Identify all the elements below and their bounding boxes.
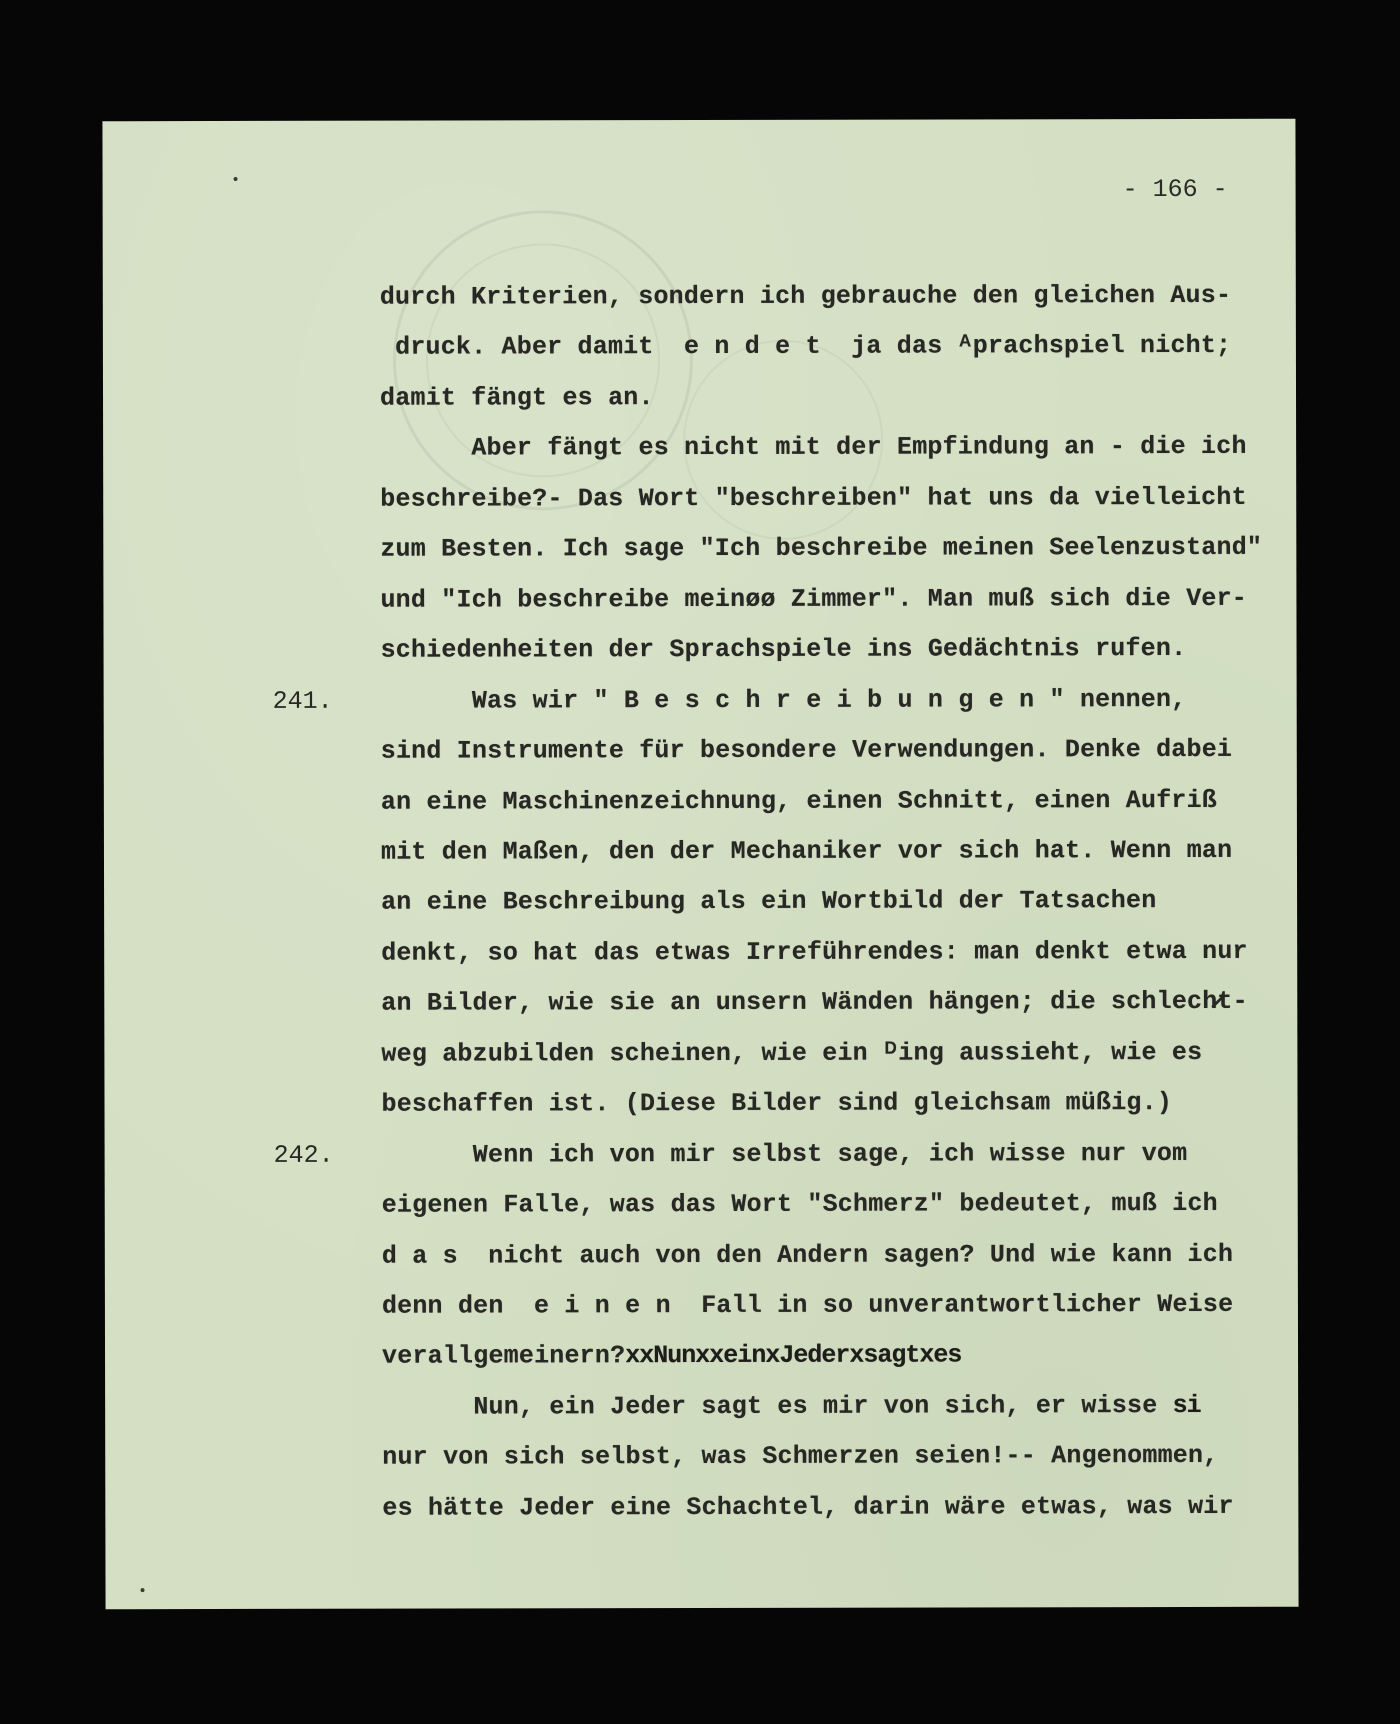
line-text: sind Instrumente für besondere Verwendun… [381, 735, 1232, 766]
text-line: es hätte Jeder eine Schachtel, darin wär… [382, 1482, 1233, 1534]
struck-out-text: si [1173, 1391, 1201, 1420]
line-text: zum Besten. Ich sage "Ich beschreibe mei… [380, 533, 1262, 564]
body-text: durch Kriterien, sondern ich gebrauche d… [102, 119, 1298, 1609]
text-line: denn den e i n e n Fall in so unverantwo… [382, 1280, 1233, 1332]
text-line: Nun, ein Jeder sagt es mir von sich, er … [473, 1381, 1200, 1433]
text-line: beschaffen ist. (Diese Bilder sind gleic… [381, 1078, 1172, 1130]
line-text: beschaffen ist. (Diese Bilder sind gleic… [381, 1088, 1172, 1119]
text-line: und "Ich beschreibe meinøø Zimmer". Man … [380, 574, 1247, 626]
line-text: weg abzubilden scheinen, wie ein ᴰing au… [381, 1038, 1202, 1069]
line-text: beschreibe?- Das Wort "beschreiben" hat … [380, 483, 1247, 514]
text-line: d a s nicht auch von den Andern sagen? U… [382, 1229, 1233, 1281]
line-text: Wenn ich von mir selbst sage, ich wisse … [473, 1139, 1188, 1169]
text-line: weg abzubilden scheinen, wie ein ᴰing au… [381, 1028, 1202, 1080]
paragraph-number: 241. [273, 676, 333, 726]
text-line: Was wir " B e s c h r e i b u n g e n " … [472, 675, 1187, 726]
line-text: an eine Maschinenzeichnung, einen Schnit… [381, 785, 1217, 816]
text-line: eigenen Falle, was das Wort "Schmerz" be… [382, 1179, 1218, 1231]
line-text: denkt, so hat das etwas Irreführendes: m… [381, 937, 1248, 968]
line-text: an eine Beschreibung als ein Wortbild de… [381, 886, 1156, 917]
line-text: schiedenheiten der Sprachspiele ins Gedä… [381, 634, 1187, 665]
text-line: denkt, so hat das etwas Irreführendes: m… [381, 927, 1248, 979]
struck-out-text: xxNunxxeinxJederxsagtxes [625, 1341, 961, 1371]
line-text: eigenen Falle, was das Wort "Schmerz" be… [382, 1189, 1218, 1220]
line-text: und "Ich beschreibe meinøø Zimmer". Man … [380, 584, 1247, 615]
text-line: Aber fängt es nicht mit der Empfindung a… [471, 422, 1246, 474]
line-text: es hätte Jeder eine Schachtel, darin wär… [382, 1492, 1233, 1523]
scanned-document: - 166 - durch Kriterien, sondern ich geb… [0, 0, 1400, 1724]
line-text: durch Kriterien, sondern ich gebrauche d… [380, 281, 1231, 312]
line-text: damit fängt es an. [380, 383, 654, 413]
text-line: verallgemeinern?xxNunxxeinxJederxsagtxes [382, 1331, 961, 1382]
line-text: denn den e i n e n Fall in so unverantwo… [382, 1290, 1233, 1321]
text-line: an eine Beschreibung als ein Wortbild de… [381, 876, 1156, 928]
text-line: beschreibe?- Das Wort "beschreiben" hat … [380, 473, 1247, 525]
line-text: d a s nicht auch von den Andern sagen? U… [382, 1239, 1233, 1270]
text-line: durch Kriterien, sondern ich gebrauche d… [380, 271, 1231, 323]
line-text: nur von sich selbst, was Schmerzen seien… [382, 1441, 1218, 1472]
typescript-page: - 166 - durch Kriterien, sondern ich geb… [102, 119, 1298, 1609]
text-line: nur von sich selbst, was Schmerzen seien… [382, 1431, 1218, 1483]
paragraph-number: 242. [274, 1130, 334, 1180]
text-line: mit den Maßen, den der Mechaniker vor si… [381, 826, 1232, 878]
text-line: zum Besten. Ich sage "Ich beschreibe mei… [380, 523, 1262, 575]
line-text: druck. Aber damit e n d e t ja das ᴬprac… [395, 331, 1231, 362]
line-text: Was wir " B e s c h r e i b u n g e n " … [472, 685, 1187, 715]
text-line: an eine Maschinenzeichnung, einen Schnit… [381, 775, 1217, 827]
text-line: damit fängt es an. [380, 373, 654, 424]
line-text: Aber fängt es nicht mit der Empfindung a… [471, 432, 1246, 463]
text-line: schiedenheiten der Sprachspiele ins Gedä… [381, 624, 1187, 676]
text-line: druck. Aber damit e n d e t ja das ᴬprac… [395, 321, 1231, 373]
text-line: an Bilder, wie sie an unsern Wänden häng… [381, 977, 1248, 1029]
line-text: verallgemeinern? [382, 1342, 625, 1372]
line-text: Nun, ein Jeder sagt es mir von sich, er … [473, 1391, 1172, 1421]
line-text: mit den Maßen, den der Mechaniker vor si… [381, 836, 1232, 867]
text-line: Wenn ich von mir selbst sage, ich wisse … [473, 1129, 1188, 1180]
line-text: an Bilder, wie sie an unsern Wänden häng… [381, 987, 1248, 1018]
text-line: sind Instrumente für besondere Verwendun… [381, 725, 1232, 777]
